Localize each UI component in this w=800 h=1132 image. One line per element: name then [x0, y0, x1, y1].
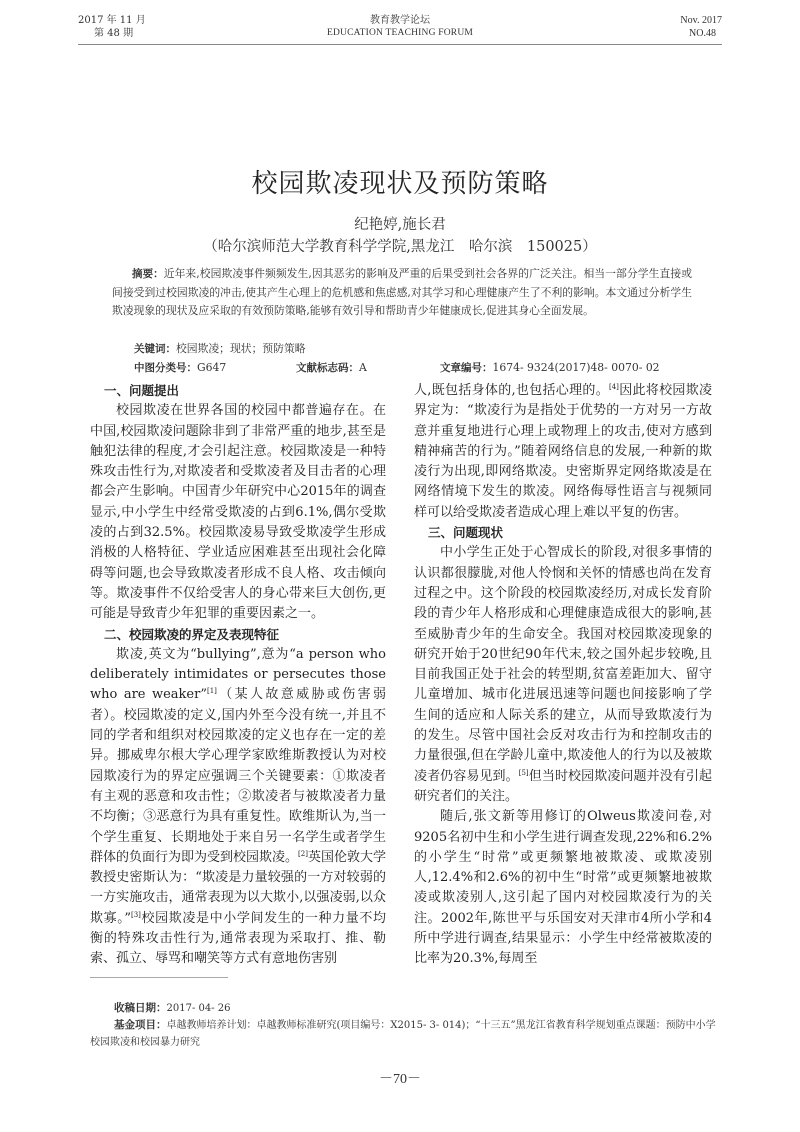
article-number: 文章编号：1674- 9324(2017)48- 0070- 02: [440, 360, 660, 375]
section-heading-2: 二、校园欺凌的界定及表现特征: [90, 625, 386, 645]
received-date: 收稿日期：2017- 04- 26: [90, 1000, 720, 1017]
fund-project: 基金项目：卓越教师培养计划：卓越教师标准研究(项目编号：X2015- 3- 01…: [90, 1017, 720, 1051]
page-number: －70－: [0, 1068, 800, 1088]
keywords: 关键词：校园欺凌；现状；预防策略: [134, 341, 306, 356]
section-3-paragraph-2: 随后,张文新等用修订的Olweus欺凌问卷,对9205名初中生和小学生进行调查发…: [414, 807, 712, 969]
footnotes: 收稿日期：2017- 04- 26 基金项目：卓越教师培养计划：卓越教师标准研究…: [90, 1000, 720, 1051]
header-journal-en: EDUCATION TEACHING FORUM: [78, 27, 722, 40]
running-header: 2017 年 11 月 第 48 期 教育教学论坛 EDUCATION TEAC…: [78, 14, 722, 45]
authors: 纪艳婷,施长君: [0, 213, 800, 234]
abstract-text: 近年来,校园欺凌事件频频发生,因其恶劣的影响及严重的后果受到社会各界的广泛关注。…: [112, 267, 692, 317]
clc-number: 中图分类号：G647: [134, 360, 226, 375]
document-code: 文献标志码：A: [296, 360, 367, 375]
citation-ref: [3]: [131, 911, 141, 919]
abstract-label: 摘要：: [132, 268, 164, 280]
section-heading-3: 三、问题现状: [414, 523, 712, 543]
header-date-en: Nov. 2017: [680, 14, 722, 27]
header-issue-en: NO.48: [680, 27, 722, 40]
footnote-divider: [90, 977, 228, 978]
paper-title: 校园欺凌现状及预防策略: [0, 163, 800, 200]
section-heading-1: 一、问题提出: [90, 381, 386, 401]
citation-ref: [5]: [519, 769, 529, 777]
affiliation: （哈尔滨师范大学教育科学学院,黑龙江 哈尔滨 150025）: [0, 235, 800, 256]
section-2-paragraph-continued: 人,既包括身体的,也包括心理的。[4]因此将校园欺凌界定为：“欺凌行为是指处于优…: [414, 381, 712, 523]
header-date-issue-en: Nov. 2017 NO.48: [680, 14, 722, 40]
body-column-left: 一、问题提出 校园欺凌在世界各国的校园中都普遍存在。在中国,校园欺凌问题除非到了…: [90, 381, 386, 970]
header-journal-cn: 教育教学论坛: [78, 14, 722, 27]
citation-ref: [4]: [609, 383, 619, 391]
citation-ref: [2]: [298, 850, 308, 858]
keywords-text: 校园欺凌；现状；预防策略: [176, 342, 306, 355]
section-2-paragraph: 欺凌,英文为“bullying”,意为“a person who deliber…: [90, 645, 386, 970]
section-3-paragraph-1: 中小学生正处于心智成长的阶段,对很多事情的认识都很朦胧,对他人怜悯和关怀的情感也…: [414, 543, 712, 807]
body-column-right: 人,既包括身体的,也包括心理的。[4]因此将校园欺凌界定为：“欺凌行为是指处于优…: [414, 381, 712, 970]
header-journal: 教育教学论坛 EDUCATION TEACHING FORUM: [78, 14, 722, 40]
abstract: 摘要：近年来,校园欺凌事件频频发生,因其恶劣的影响及严重的后果受到社会各界的广泛…: [112, 265, 692, 321]
keywords-label: 关键词：: [134, 343, 176, 355]
citation-ref: [1]: [207, 687, 217, 695]
section-1-paragraph: 校园欺凌在世界各国的校园中都普遍存在。在中国,校园欺凌问题除非到了非常严重的地步…: [90, 401, 386, 624]
